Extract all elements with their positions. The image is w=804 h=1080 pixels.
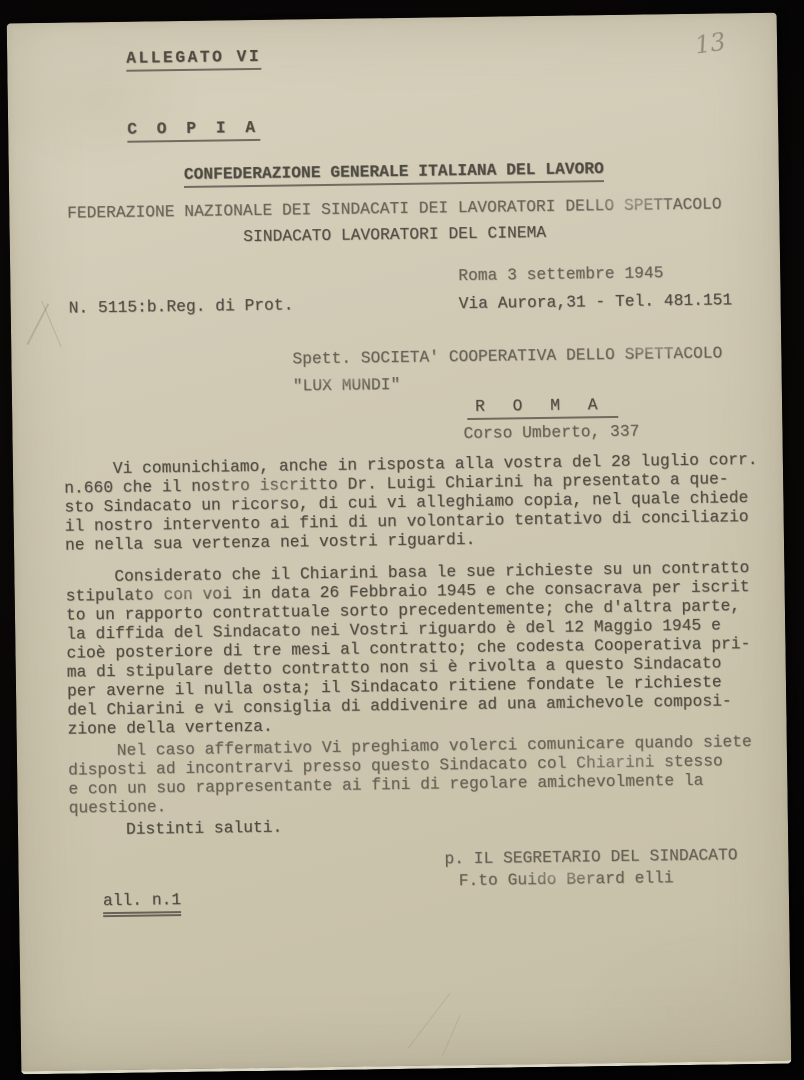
recipient-city: R O M A (467, 395, 619, 420)
federation-name-row: FEDERAZIONE NAZIONALE DEI SINDACATI DEI … (9, 194, 779, 224)
signature-name: F.to Guido Berard elli (459, 868, 674, 890)
allegato-heading-row: ALLEGATO VI (126, 47, 261, 68)
closing-salutation: Distinti saluti. (126, 818, 283, 839)
org-name: CONFEDERAZIONE GENERALE ITALIANA DEL LAV… (184, 159, 604, 188)
sender-address-line: Via Aurora,31 - Tel. 481.151 (459, 290, 733, 313)
org-name-row: CONFEDERAZIONE GENERALE ITALIANA DEL LAV… (9, 157, 779, 187)
federation-name: FEDERAZIONE NAZIONALE DEI SINDACATI DEI … (67, 194, 722, 222)
signature-role: p. IL SEGRETARIO DEL SINDACATO (444, 845, 737, 868)
attachment-note: all. n.1 (103, 890, 182, 917)
body-paragraph-3: Nel caso affermativo Vi preghiamo volerc… (68, 732, 753, 818)
recipient-company-line: "LUX MUNDI" (293, 375, 401, 395)
paper-crease-mark (26, 303, 48, 345)
letter-page: ALLEGATO VI 13 C O P I A CONFEDERAZIONE … (7, 13, 792, 1075)
handwritten-page-number: 13 (693, 28, 727, 60)
body-paragraph-2: Considerato che il Chiarini basa le sue … (65, 558, 751, 739)
protocol-number: N. 5115:b.Reg. di Prot. (69, 295, 294, 317)
copia-heading: C O P I A (127, 118, 260, 143)
date-line: Roma 3 settembre 1945 (458, 263, 663, 285)
union-name-row: SINDACATO LAVORATORI DEL CINEMA (10, 220, 780, 250)
recipient-name-line: Spett. SOCIETA' COOPERATIVA DELLO SPETTA… (292, 343, 722, 368)
paper-scratch-mark (442, 1014, 461, 1057)
attachment-note-row: all. n.1 (103, 890, 181, 910)
copia-heading-row: C O P I A (127, 118, 260, 139)
union-name: SINDACATO LAVORATORI DEL CINEMA (243, 223, 546, 246)
recipient-street: Corso Umberto, 337 (463, 422, 639, 443)
paper-crease-mark (41, 301, 61, 347)
body-paragraph-1: Vi comunichiamo, anche in risposta alla … (64, 450, 759, 555)
recipient-city-row: R O M A (467, 395, 619, 416)
allegato-heading: ALLEGATO VI (126, 47, 261, 72)
paper-scratch-mark (408, 992, 451, 1048)
